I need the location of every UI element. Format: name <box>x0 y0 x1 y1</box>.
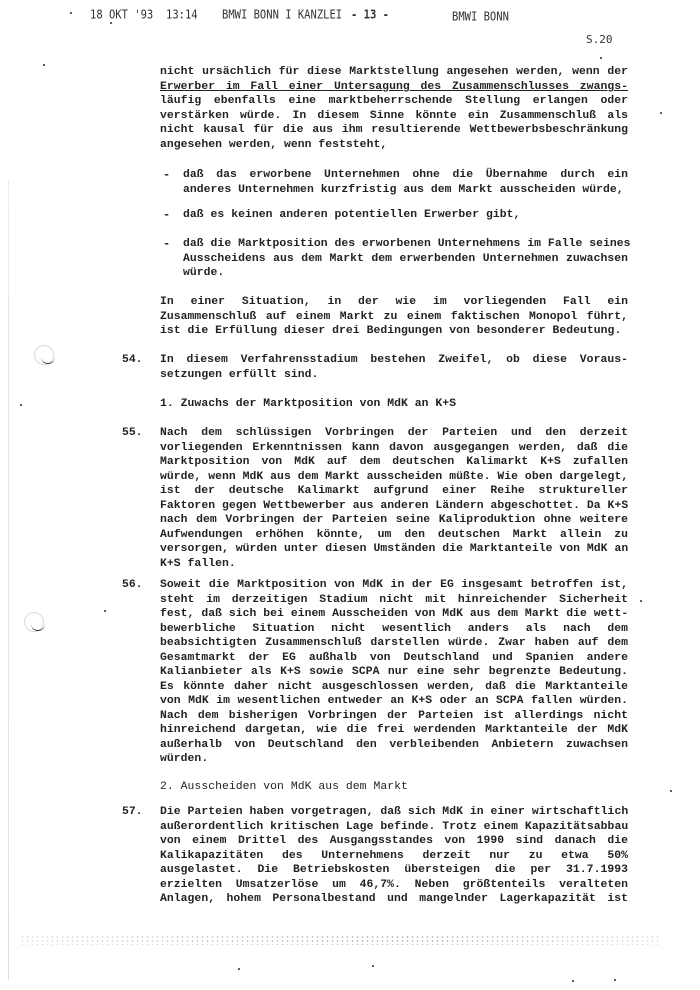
scan-speck <box>640 600 642 602</box>
text-line: daß das erworbene Unternehmen ohne die Ü… <box>183 168 628 183</box>
punch-hole-mark <box>34 345 54 365</box>
text-line: beabsichtigten Zusammenschluß darstellen… <box>160 636 628 651</box>
scan-speck <box>20 404 22 406</box>
text-line: anderes Unternehmen kurzfristig aus dem … <box>183 183 628 198</box>
text-line: nach dem Vorbringen der Parteien seine K… <box>160 513 628 528</box>
section-heading: 1. Zuwachs der Marktposition von MdK an … <box>160 397 628 412</box>
page-marker: - 13 - <box>351 8 389 22</box>
scan-speck <box>238 968 240 970</box>
scan-speck <box>43 64 45 66</box>
text-line: Nach dem bisherigen Vorbringen der Parte… <box>160 709 628 724</box>
text-line: hinreichend dargetan, wie die frei werde… <box>160 723 628 738</box>
section-heading: 2. Ausscheiden von MdK aus dem Markt <box>160 780 628 795</box>
text-line: daß es keinen anderen potentiellen Erwer… <box>183 208 628 223</box>
text-line: nicht ursächlich für diese Marktstellung… <box>160 65 628 80</box>
fax-time: 13:14 <box>166 8 198 22</box>
text-line: verstärken würde. In diesem Sinne könnte… <box>160 109 628 124</box>
scan-speck <box>372 965 374 967</box>
text-line: bewerbliche Situation nicht wesentlich a… <box>160 622 628 637</box>
text-line: In einer Situation, in der wie im vorlie… <box>160 295 628 310</box>
text-line: In diesem Verfahrensstadium bestehen Zwe… <box>160 353 628 368</box>
scan-speck <box>660 112 662 114</box>
scan-speck <box>614 979 616 981</box>
text-line: Es könnte daher nicht ausgeschlossen wer… <box>160 680 628 695</box>
paragraph-number: 55. <box>122 426 143 441</box>
text-line: steht im derzeitigen Stadium nicht mit h… <box>160 593 628 608</box>
scan-speck <box>104 610 106 612</box>
scan-speck <box>70 12 72 14</box>
scan-speck <box>572 980 574 982</box>
text-line: vorliegenden Erkenntnissen kann davon au… <box>160 441 628 456</box>
fax-page-number: S.20 <box>586 33 613 46</box>
text-line: angesehen werden, wenn feststeht, <box>160 138 628 153</box>
text-line: würde. <box>183 266 628 281</box>
bullet-dash: - <box>163 208 170 223</box>
text-line: Aufwendungen erhöhen könnte, um den deut… <box>160 528 628 543</box>
text-line: Kalianbieter als K+S sowie SCPA nur eine… <box>160 665 628 680</box>
text-line: Die Parteien haben vorgetragen, daß sich… <box>160 805 628 820</box>
scan-noise-line <box>20 935 660 945</box>
text-line: Zusammenschluß auf einem Markt zu einem … <box>160 310 628 325</box>
text-line: außerhalb von Deutschland den verbleiben… <box>160 738 628 753</box>
text-line: daß die Marktposition des erworbenen Unt… <box>183 237 628 252</box>
text-line: läufig ebenfalls eine marktbeherrschende… <box>160 94 628 109</box>
text-line: Ausscheidens aus dem Markt dem erwerbend… <box>183 252 628 267</box>
page-edge-shadow <box>8 180 9 980</box>
fax-page: 18 OKT '93 13:14 BMWI BONN I KANZLEI - 1… <box>0 0 700 990</box>
text-line: erzielten Umsatzerlöse um 46,7%. Neben g… <box>160 878 628 893</box>
text-line: Anlagen, hohem Personalbestand und mange… <box>160 892 628 907</box>
bullet-dash: - <box>163 237 170 252</box>
text-line: ist der deutsche Kalimarkt aufgrund eine… <box>160 484 628 499</box>
text-line: ausgelastet. Die Betriebskosten überstei… <box>160 863 628 878</box>
text-line: Erwerber im Fall einer Untersagung des Z… <box>160 80 628 95</box>
bullet-dash: - <box>163 168 170 183</box>
text-line: Gesamtmarkt der EG außhalb von Deutschla… <box>160 651 628 666</box>
fax-header: 18 OKT '93 13:14 BMWI BONN I KANZLEI - 1… <box>0 8 700 28</box>
punch-hole-mark <box>24 612 44 632</box>
text-line: von MdK im wesentlichen entweder an K+S … <box>160 694 628 709</box>
text-line: Nach dem schlüssigen Vorbringen der Part… <box>160 426 628 441</box>
text-line: ist die Erfüllung dieser drei Bedingunge… <box>160 324 628 339</box>
scan-speck <box>670 790 672 792</box>
paragraph-number: 56. <box>122 578 143 593</box>
text-line: Soweit die Marktposition von MdK in der … <box>160 578 628 593</box>
fax-date: 18 OKT '93 <box>90 8 153 22</box>
text-line: Faktoren gegen Wettbewerber aus anderen … <box>160 499 628 514</box>
text-line: fest, daß sich bei einem Ausscheiden von… <box>160 607 628 622</box>
text-line: nicht kausal für die aus ihm resultieren… <box>160 123 628 138</box>
text-line: Kalikapazitäten des Unternehmens derzeit… <box>160 849 628 864</box>
text-line: außerordentlich kritischen Lage befinde.… <box>160 820 628 835</box>
paragraph-number: 57. <box>122 805 143 820</box>
text-line: setzungen erfüllt sind. <box>160 368 628 383</box>
text-line: K+S fallen. <box>160 557 628 572</box>
fax-sender: BMWI BONN I KANZLEI <box>222 8 342 22</box>
paragraph-number: 54. <box>122 353 143 368</box>
fax-recipient: BMWI BONN <box>452 10 509 24</box>
scan-speck <box>110 22 112 24</box>
text-line: würden. <box>160 752 628 767</box>
text-line: Marktposition von MdK auf dem deutschen … <box>160 455 628 470</box>
text-line: würde, wenn MdK aus dem Markt ausscheide… <box>160 470 628 485</box>
text-line: versorgen, würden unter diesen Umständen… <box>160 542 628 557</box>
scan-speck <box>600 57 602 59</box>
text-line: von einem Drittel des Ausgangsstandes vo… <box>160 834 628 849</box>
